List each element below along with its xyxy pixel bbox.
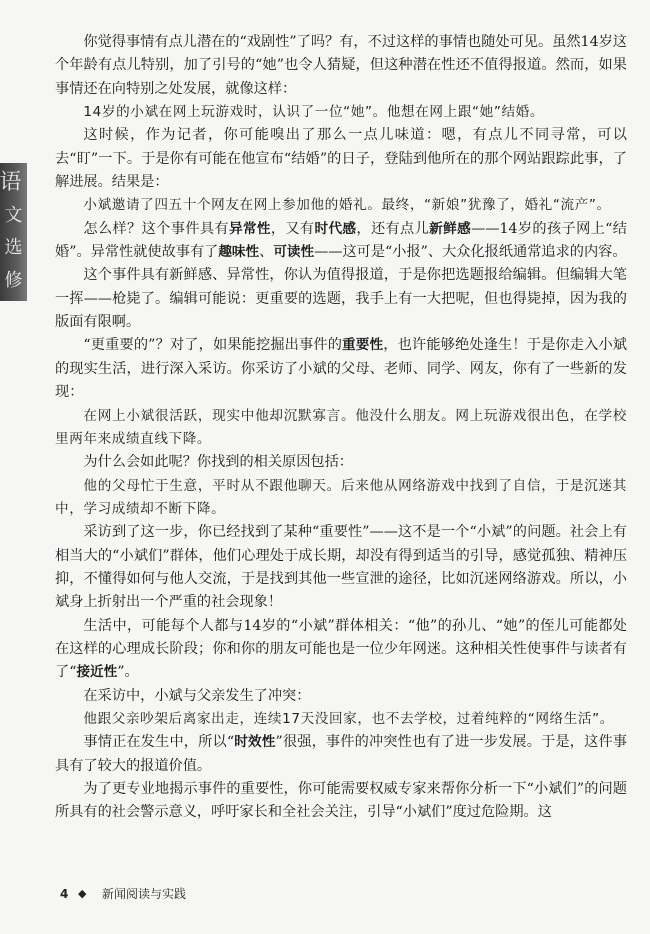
paragraph: 生活中，可能每个人都与14岁的“小斌”群体相关：“他”的孙儿、“她”的侄儿可能都… (55, 615, 627, 685)
side-tab-char: 文 (5, 206, 23, 226)
quoted-excerpt: 小斌邀请了四五十个网友在网上参加他的婚礼。最终，“新娘”犹豫了，婚礼“流产”。 (55, 194, 627, 217)
text-run: “更重要的”？对了，如果能挖掘出事件的 (83, 337, 342, 353)
paragraph: 这时候，作为记者，你可能嗅出了那么一点儿味道：嗯，有点儿不同寻常，可以去“盯”一… (55, 124, 627, 194)
text-run: 你觉得事情有点儿潜在的“戏剧性”了吗？有，不过这样的事情也随处可见。虽然14岁这… (55, 34, 627, 97)
page-number: 4 (60, 887, 78, 901)
text-run: 在网上小斌很活跃，现实中他却沉默寡言。他没什么朋友。网上玩游戏很出色，在学校里两… (55, 408, 627, 447)
text-run: 为了更专业地揭示事件的重要性，你可能需要权威专家来帮你分析一下“小斌们”的问题所… (55, 781, 627, 820)
emphasized-term: 趣味性 (218, 244, 259, 260)
quoted-excerpt: 他的父母忙于生意，平时从不跟他聊天。后来他从网络游戏中找到了自信，于是沉迷其中，… (55, 475, 627, 522)
text-run: ，又有 (271, 221, 315, 237)
emphasized-term: 异常性 (229, 221, 271, 237)
emphasized-term: 接近性 (76, 664, 117, 680)
text-run: 这个事件具有新鲜感、异常性，你认为值得报道，于是你把选题报给编辑。但编辑大笔一挥… (55, 267, 627, 330)
side-tab-char: 语 (0, 173, 22, 193)
text-run: 14岁的小斌在网上玩游戏时，认识了一位“她”。他想在网上跟“她”结婚。 (83, 104, 544, 120)
text-run: 他跟父亲吵架后离家出走，连续17天没回家，也不去学校，过着纯粹的“网络生活”。 (83, 711, 614, 727)
diamond-icon: ◆ (78, 887, 102, 900)
body-text: 你觉得事情有点儿潜在的“戏剧性”了吗？有，不过这样的事情也随处可见。虽然14岁这… (55, 31, 627, 825)
quoted-excerpt: 在网上小斌很活跃，现实中他却沉默寡言。他没什么朋友。网上玩游戏很出色，在学校里两… (55, 405, 627, 452)
paragraph: 事情正在发生中，所以“时效性”很强，事件的冲突性也有了进一步发展。于是，这件事具… (55, 731, 627, 778)
quoted-excerpt: 14岁的小斌在网上玩游戏时，认识了一位“她”。他想在网上跟“她”结婚。 (55, 101, 627, 124)
text-run: ”。 (117, 664, 138, 680)
text-run: ，还有点儿 (356, 221, 429, 237)
paragraph: 你觉得事情有点儿潜在的“戏剧性”了吗？有，不过这样的事情也随处可见。虽然14岁这… (55, 31, 627, 101)
text-run: 为什么会如此呢？你找到的相关原因包括： (83, 454, 353, 470)
text-run: 他的父母忙于生意，平时从不跟他聊天。后来他从网络游戏中找到了自信，于是沉迷其中，… (55, 478, 627, 517)
paragraph: 这个事件具有新鲜感、异常性，你认为值得报道，于是你把选题报给编辑。但编辑大笔一挥… (55, 264, 627, 334)
side-tab-char: 选 (5, 238, 23, 258)
paragraph: 在采访中，小斌与父亲发生了冲突： (55, 685, 627, 708)
paragraph: 为什么会如此呢？你找到的相关原因包括： (55, 451, 627, 474)
text-run: 小斌邀请了四五十个网友在网上参加他的婚礼。最终，“新娘”犹豫了，婚礼“流产”。 (83, 197, 610, 213)
emphasized-term: 时代感 (315, 221, 357, 237)
paragraph: “更重要的”？对了，如果能挖掘出事件的重要性，也许能够绝处逢生！于是你走入小斌的… (55, 334, 627, 404)
side-tab-char: 修 (5, 271, 23, 291)
emphasized-term: 时效性 (234, 734, 275, 750)
text-run: 生活中，可能每个人都与14岁的“小斌”群体相关：“他”的孙儿、“她”的侄儿可能都… (55, 618, 627, 681)
text-run: 、 (259, 244, 273, 260)
emphasized-term: 重要性 (342, 337, 383, 353)
text-run: 事情正在发生中，所以“ (83, 734, 234, 750)
page-footer: 4 ◆ 新闻阅读与实践 (60, 885, 186, 902)
text-run: 采访到了这一步，你已经找到了某种“重要性”——这不是一个“小斌”的问题。社会上有… (55, 524, 627, 610)
emphasized-term: 新鲜感 (429, 221, 471, 237)
emphasized-term: 可读性 (273, 244, 314, 260)
text-run: 这时候，作为记者，你可能嗅出了那么一点儿味道：嗯，有点儿不同寻常，可以去“盯”一… (55, 127, 627, 190)
book-title: 新闻阅读与实践 (102, 885, 186, 902)
text-run: 在采访中，小斌与父亲发生了冲突： (83, 688, 310, 704)
quoted-excerpt: 他跟父亲吵架后离家出走，连续17天没回家，也不去学校，过着纯粹的“网络生活”。 (55, 708, 627, 731)
text-run: 怎么样？这个事件具有 (83, 221, 229, 237)
paragraph: 为了更专业地揭示事件的重要性，你可能需要权威专家来帮你分析一下“小斌们”的问题所… (55, 778, 627, 825)
text-run: ——这可是“小报”、大众化报纸通常追求的内容。 (314, 244, 626, 260)
side-tab-chinese-elective: 语 文 选 修 (0, 163, 27, 301)
paragraph: 怎么样？这个事件具有异常性，又有时代感，还有点儿新鲜感——14岁的孩子网上“结婚… (55, 218, 627, 265)
textbook-page: 语 文 选 修 你觉得事情有点儿潜在的“戏剧性”了吗？有，不过这样的事情也随处可… (0, 0, 650, 934)
paragraph: 采访到了这一步，你已经找到了某种“重要性”——这不是一个“小斌”的问题。社会上有… (55, 521, 627, 614)
